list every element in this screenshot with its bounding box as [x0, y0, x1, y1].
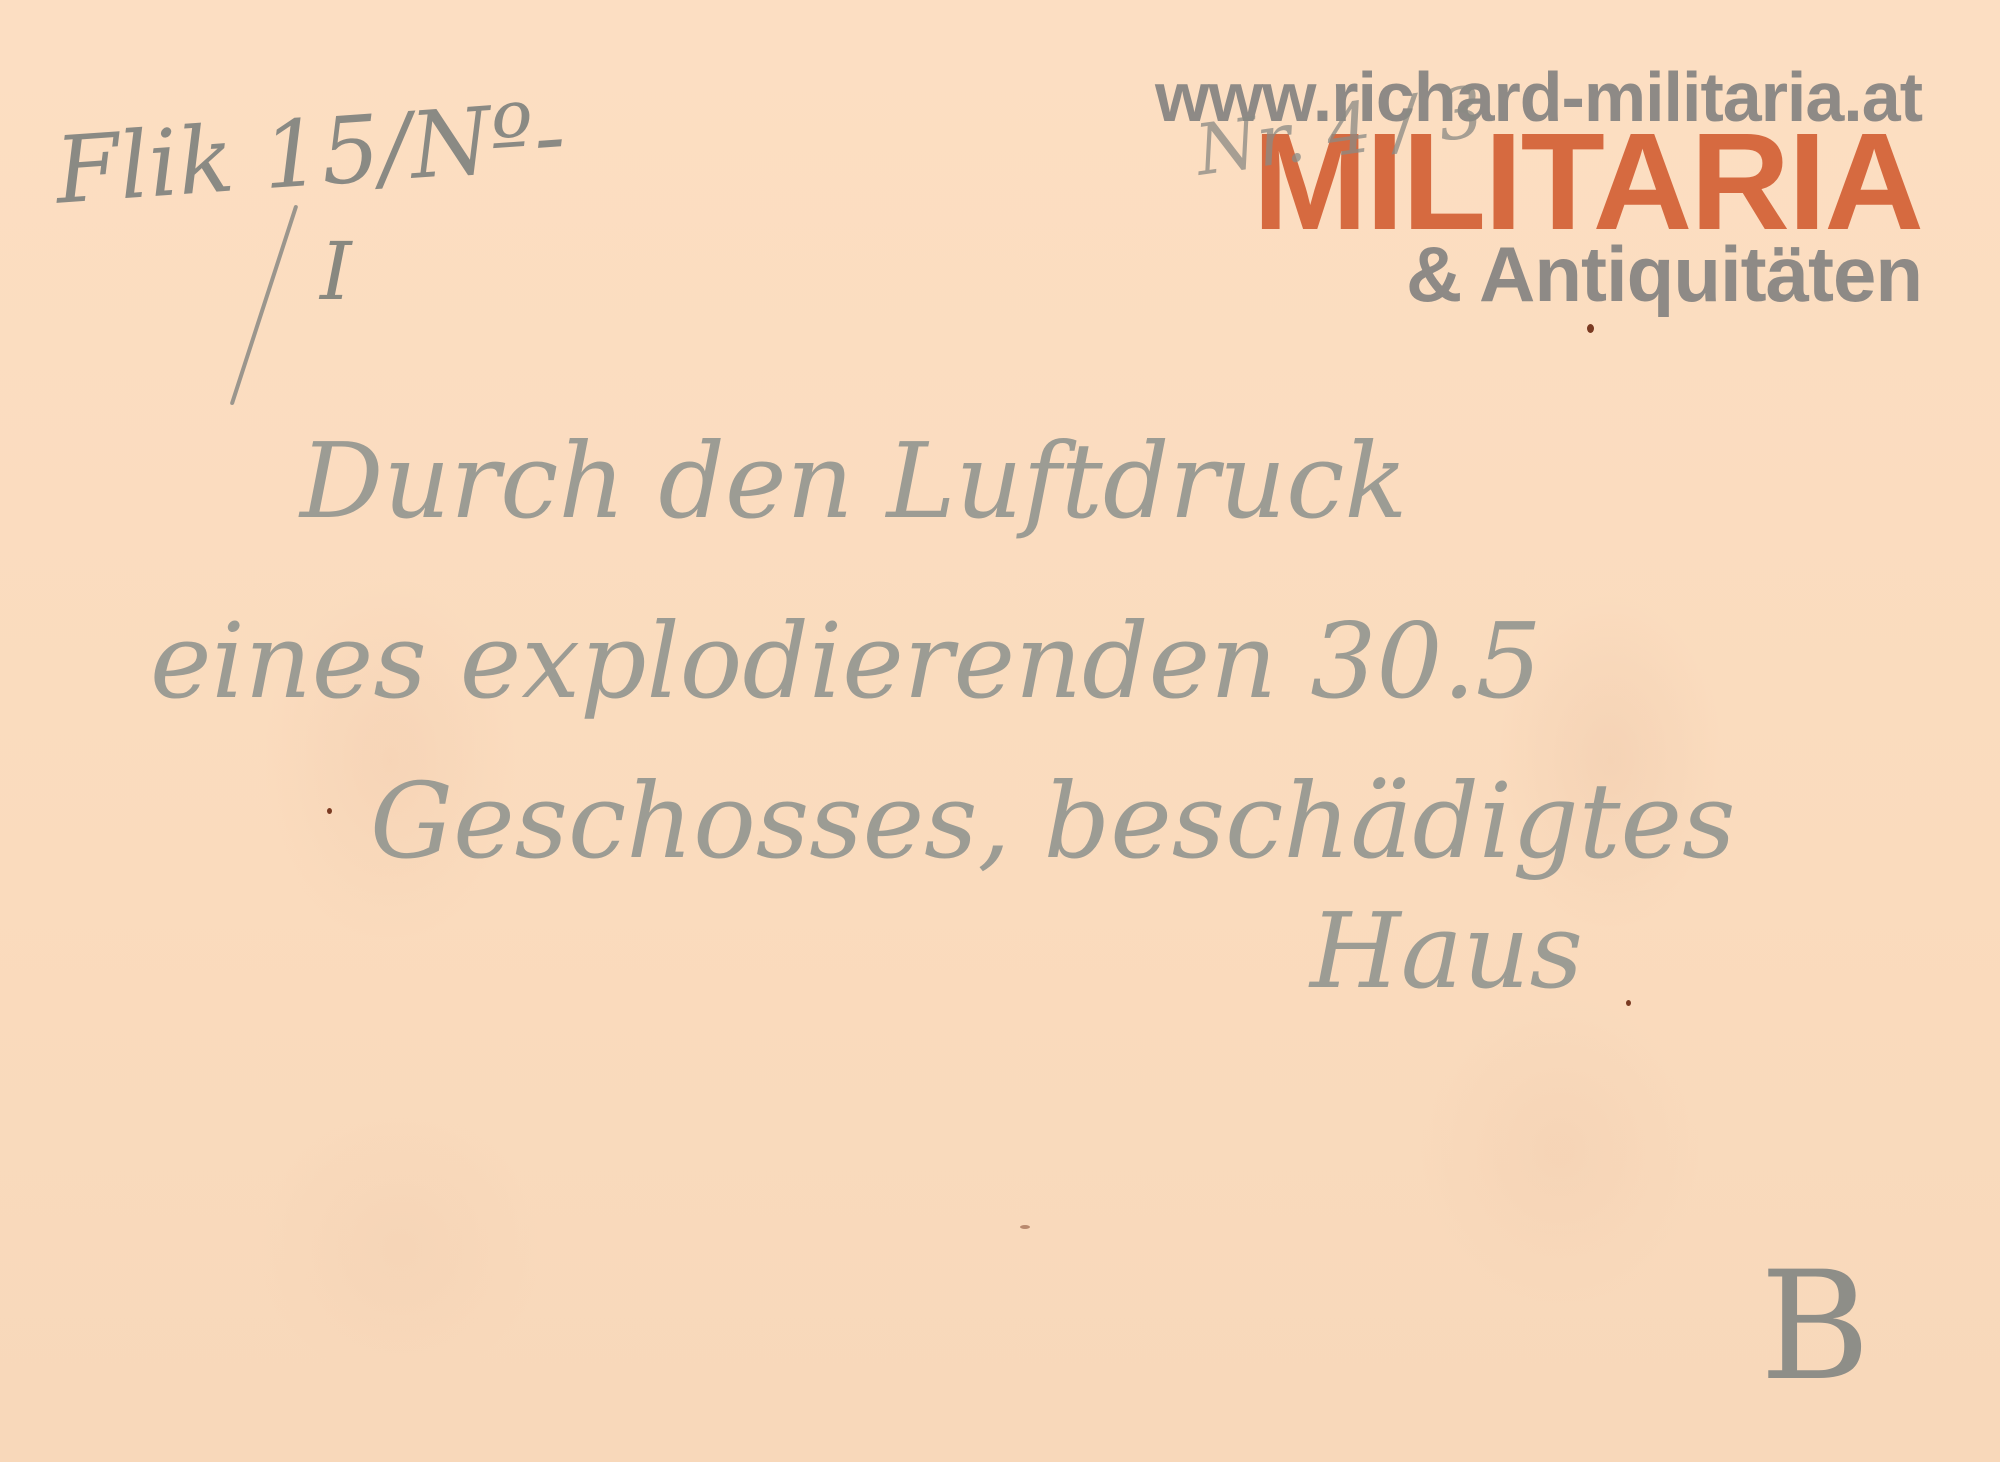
paper-speck — [327, 808, 332, 814]
handwritten-roman-numeral: I — [320, 225, 352, 318]
paper-speck — [1626, 1000, 1631, 1006]
paper-speck — [1587, 324, 1594, 333]
paper-speck — [1020, 1225, 1030, 1229]
photo-back-paper: www.richard-militaria.at MILITARIA & Ant… — [0, 0, 2000, 1462]
caption-line-4: Haus — [1310, 890, 1583, 1012]
handwritten-slash — [230, 205, 299, 406]
caption-line-2: eines explodierenden 30.5 — [150, 600, 1542, 722]
handwritten-reference-note: Flik 15/Nº- — [52, 82, 569, 224]
caption-line-1: Durch den Luftdruck — [300, 420, 1407, 542]
caption-line-3: Geschosses, beschädigtes — [370, 760, 1735, 882]
handwritten-initial: B — [1760, 1240, 1870, 1414]
